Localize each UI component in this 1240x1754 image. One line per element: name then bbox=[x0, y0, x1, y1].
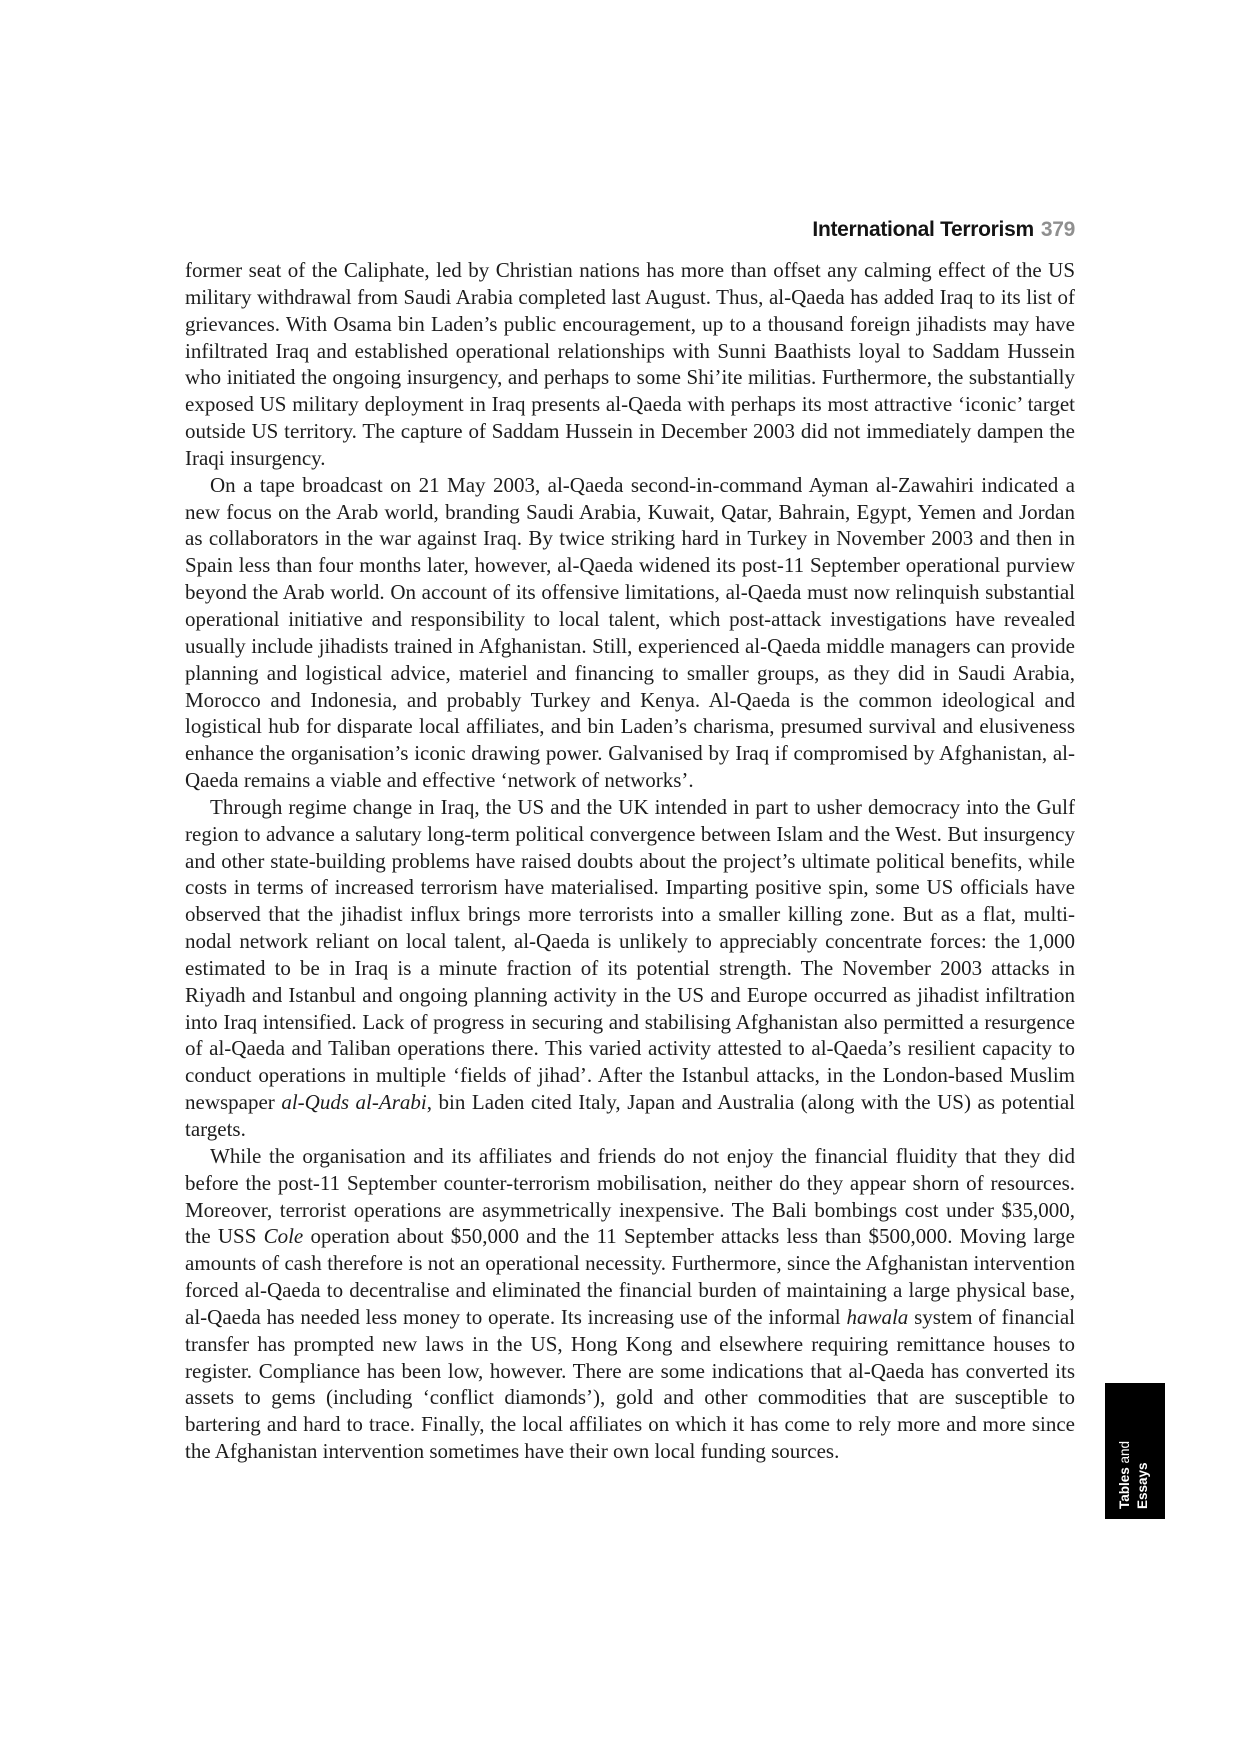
text-run: Through regime change in Iraq, the US an… bbox=[185, 795, 1075, 1114]
italic-text-run: Cole bbox=[264, 1224, 304, 1248]
paragraph: Through regime change in Iraq, the US an… bbox=[185, 794, 1075, 1143]
italic-text-run: al-Quds al-Arabi bbox=[281, 1090, 426, 1114]
paragraph: On a tape broadcast on 21 May 2003, al-Q… bbox=[185, 472, 1075, 794]
section-tab-text: Tables bbox=[1117, 1467, 1132, 1509]
running-header: International Terrorism379 bbox=[812, 218, 1075, 242]
running-header-title: International Terrorism bbox=[812, 218, 1033, 241]
text-run: On a tape broadcast on 21 May 2003, al-Q… bbox=[185, 473, 1075, 792]
paragraph: former seat of the Caliphate, led by Chr… bbox=[185, 257, 1075, 472]
italic-text-run: hawala bbox=[846, 1305, 908, 1329]
article-body: former seat of the Caliphate, led by Chr… bbox=[185, 257, 1075, 1465]
paragraph: While the organisation and its affiliate… bbox=[185, 1143, 1075, 1465]
section-tab-text: and bbox=[1117, 1441, 1132, 1467]
section-tab-label: Tables andEssays bbox=[1105, 1383, 1165, 1519]
book-page: International Terrorism379 former seat o… bbox=[0, 0, 1240, 1754]
section-tab-tables-essays: Tables andEssays bbox=[1105, 1383, 1165, 1519]
text-run: former seat of the Caliphate, led by Chr… bbox=[185, 258, 1075, 470]
section-tab-line: Tables and bbox=[1116, 1383, 1134, 1509]
section-tab-text: Essays bbox=[1135, 1462, 1150, 1509]
section-tab-line: Essays bbox=[1134, 1383, 1152, 1509]
page-number: 379 bbox=[1041, 218, 1075, 241]
